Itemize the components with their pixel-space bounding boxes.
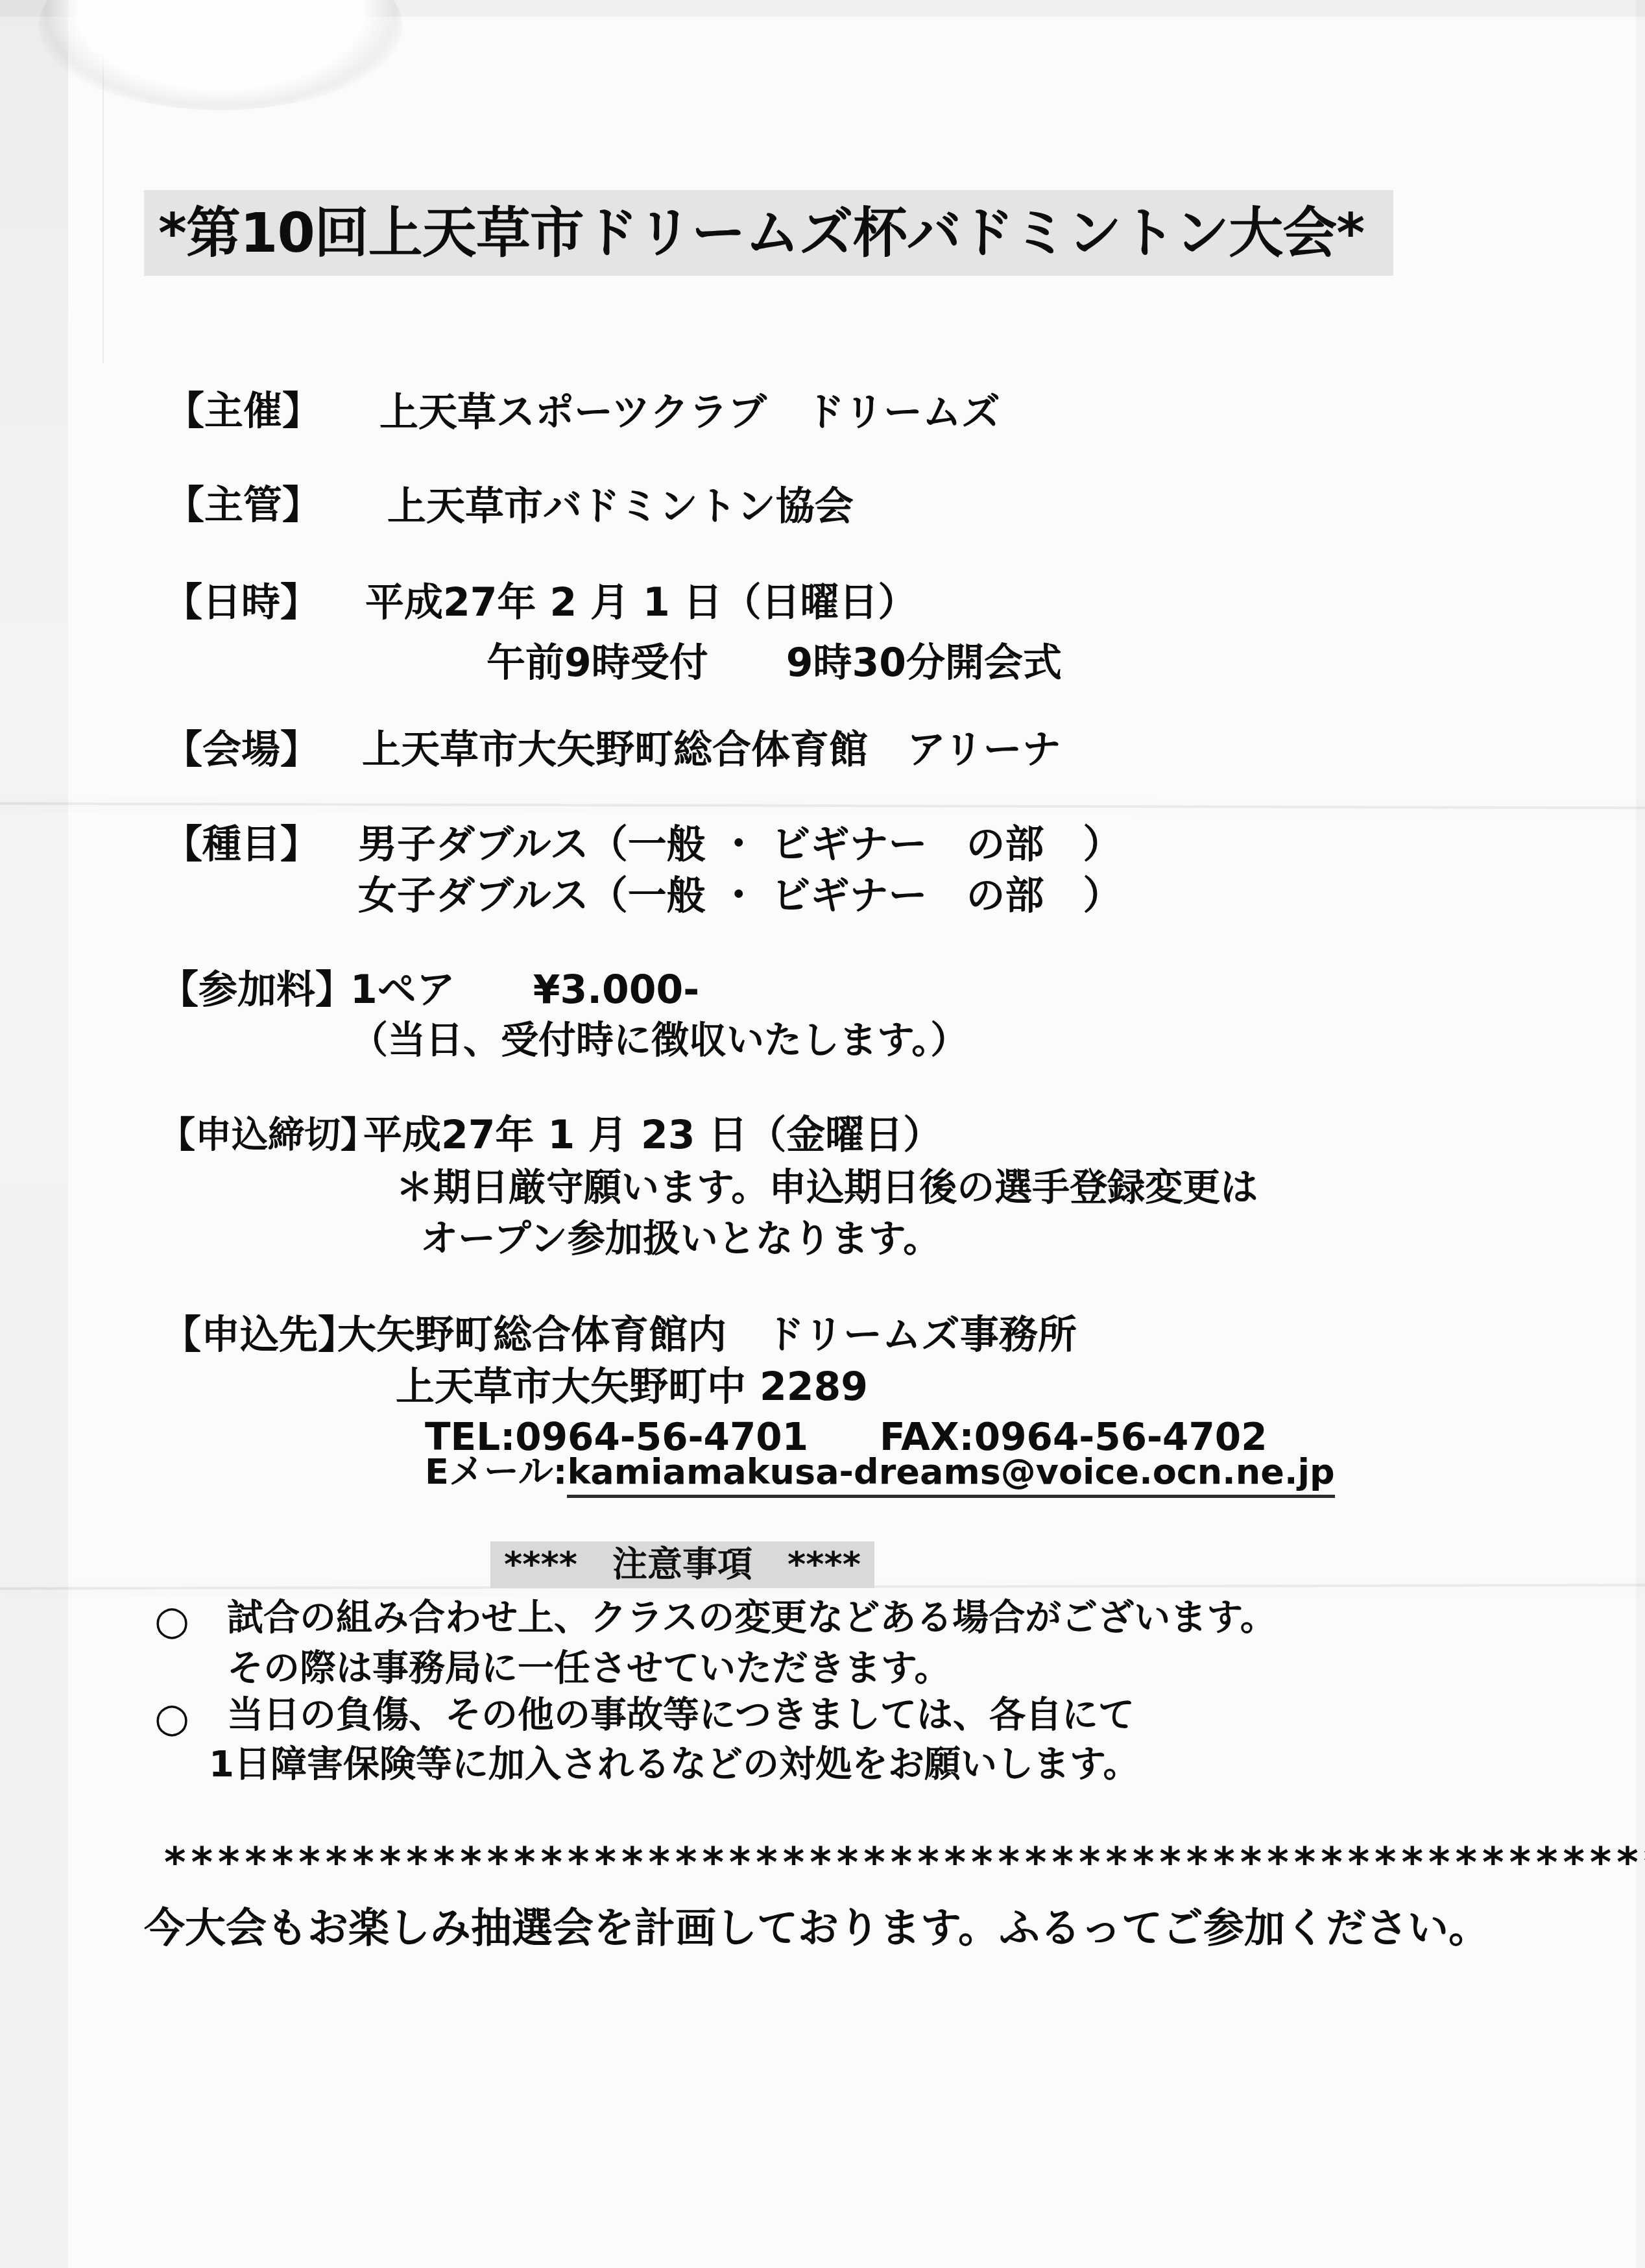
application-label: 【申込先】: [162, 1313, 357, 1358]
deadline-label: 【申込締切】: [159, 1115, 377, 1156]
note-2-line-1: 当日の負傷、その他の事故等につきましては、各自にて: [227, 1695, 1135, 1736]
email-label: Eメール:: [425, 1451, 567, 1492]
fee-label: 【参加料】: [160, 968, 354, 1013]
organizer-label: 【主催】: [165, 389, 321, 434]
events-label: 【種目】: [163, 823, 319, 867]
application-address: 上天草市大矢野町中 2289: [396, 1365, 868, 1410]
page-title: *第10回上天草市ドリームズ杯バドミントン大会*: [158, 190, 1364, 276]
note-2-line-2: 1日障害保険等に加入されるなどの対処をお願いします。: [209, 1744, 1140, 1785]
management-label: 【主管】: [165, 483, 321, 528]
paper-curl-shadow: [39, 0, 402, 110]
title-highlight-band: *第10回上天草市ドリームズ杯バドミントン大会*: [144, 190, 1393, 276]
note-1-line-2: その際は事務局に一任させていただきます。: [227, 1648, 951, 1689]
note-1-line-1: 試合の組み合わせ上、クラスの変更などある場合がございます。: [227, 1597, 1277, 1639]
application-email-line: Eメール:kamiamakusa-dreams@voice.ocn.ne.jp: [425, 1452, 1335, 1492]
note-bullet-2: ○: [154, 1695, 189, 1741]
deadline-value: 平成27年 1 月 23 日（金曜日）: [363, 1113, 942, 1158]
datetime-reception: 午前9時受付 9時30分開会式: [486, 641, 1062, 686]
footer-message: 今大会もお楽しみ抽選会を計画しております。ふるってご参加ください。: [144, 1905, 1489, 1951]
events-womens-doubles: 女子ダブルス（一般 ・ ビギナー の部 ）: [358, 874, 1122, 919]
application-office: 大矢野町総合体育館内 ドリームズ事務所: [337, 1313, 1077, 1358]
venue-label: 【会場】: [163, 728, 319, 773]
notes-header: **** 注意事項 ****: [504, 1544, 861, 1585]
scanner-edge-right: [1636, 0, 1645, 2268]
scanned-flyer-page: *第10回上天草市ドリームズ杯バドミントン大会* 【主催】 上天草スポーツクラブ…: [0, 0, 1645, 2268]
fee-value: 1ペア ¥3.000-: [350, 968, 699, 1013]
management-value: 上天草市バドミントン協会: [387, 485, 854, 529]
organizer-value: 上天草スポーツクラブ ドリームズ: [379, 391, 1000, 435]
asterisk-divider-row: ****************************************…: [164, 1840, 1645, 1888]
deadline-note-1: ＊期日厳守願います。申込期日後の選手登録変更は: [396, 1166, 1258, 1209]
datetime-label: 【日時】: [163, 581, 319, 625]
note-bullet-1: ○: [154, 1597, 189, 1643]
scanner-edge-left: [0, 0, 68, 2268]
paper-crease-upper: [0, 802, 1645, 810]
events-mens-doubles: 男子ダブルス（一般 ・ ビギナー の部 ）: [358, 823, 1122, 867]
deadline-note-2: オープン参加扱いとなります。: [420, 1217, 941, 1261]
fee-note: （当日、受付時に徴収いたします。）: [350, 1019, 968, 1062]
email-address: kamiamakusa-dreams@voice.ocn.ne.jp: [567, 1451, 1334, 1498]
notes-header-band: **** 注意事項 ****: [490, 1541, 874, 1588]
datetime-value: 平成27年 2 月 1 日（日曜日）: [365, 581, 917, 625]
venue-value: 上天草市大矢野町総合体育館 アリーナ: [362, 728, 1061, 773]
